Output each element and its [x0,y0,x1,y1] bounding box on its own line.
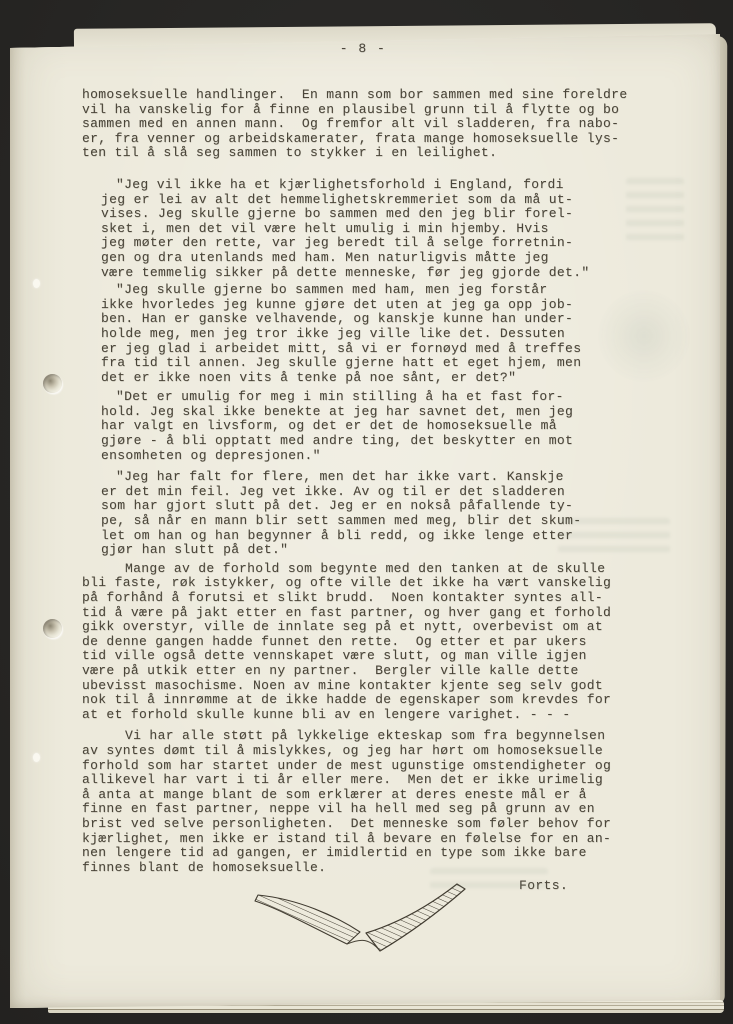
body-paragraph: Mange av de forhold som begynte med den … [82,562,690,723]
quote-paragraph: "Jeg skulle gjerne bo sammen med ham, me… [101,283,690,385]
punch-hole-lower [43,619,62,638]
check-mark-drawing [250,880,480,960]
continuation-label: Forts. [519,878,568,893]
document-page: - 8 - homoseksuelle handlinger. En mann … [10,32,720,1010]
page-number: - 8 - [318,41,408,56]
page-text-column: homoseksuelle handlinger. En mann som bo… [82,88,690,875]
body-paragraph: homoseksuelle handlinger. En mann som bo… [82,88,690,161]
body-paragraph: Vi har alle støtt på lykkelige ekteskap … [82,729,690,875]
paper-speck [33,279,40,288]
quote-paragraph: "Jeg vil ikke ha et kjærlighetsforhold i… [101,178,690,280]
paper-speck [33,753,40,762]
punch-hole-upper [43,374,62,393]
quote-paragraph: "Jeg har falt for flere, men det har ikk… [101,470,690,558]
quote-paragraph: "Det er umulig for meg i min stilling å … [101,390,690,463]
photo-background: - 8 - homoseksuelle handlinger. En mann … [0,0,733,1024]
